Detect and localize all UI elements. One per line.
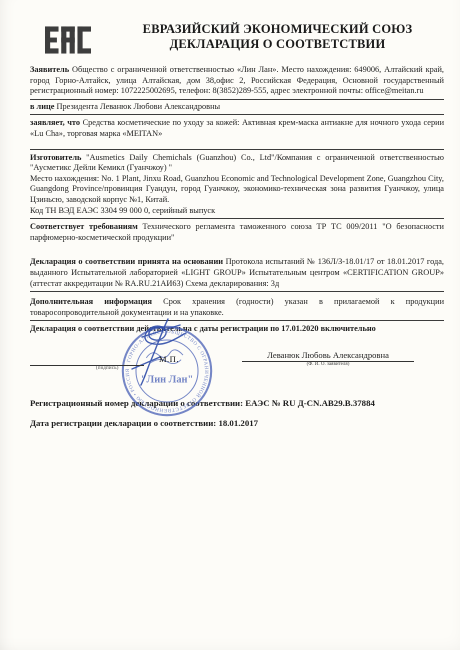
signature-block: ОБЩЕСТВО С ОГРАНИЧЕННОЙ ОТВЕТСТВЕННОСТЬЮ… (30, 341, 444, 389)
signature-line (30, 365, 144, 366)
manufacturer-name: "Ausmetics Daily Chemichals (Guanzhou) C… (30, 153, 444, 173)
applicant-label: Заявитель (30, 65, 72, 74)
declares-label: заявляет, что (30, 118, 83, 127)
additional-info-section: Дополнительная информацияСрок хранения (… (30, 297, 444, 321)
declares-section: заявляет, чтоСредства косметические по у… (30, 115, 444, 149)
compliance-section: Соответствует требованиямТехнического ре… (30, 219, 444, 243)
document-title: ЕВРАЗИЙСКИЙ ЭКОНОМИЧЕСКИЙ СОЮЗ ДЕКЛАРАЦИ… (91, 20, 446, 52)
manufacturer-name-line: Изготовитель"Ausmetics Daily Chemichals … (30, 153, 444, 174)
title-declaration: ДЕКЛАРАЦИЯ О СООТВЕТСТВИИ (109, 37, 446, 52)
registration-number-row: Регистрационный номер декларации о соотв… (30, 398, 444, 409)
representative-label: в лице (30, 102, 57, 111)
registration-number-value: ЕАЭС № RU Д-CN.АВ29.В.37884 (245, 398, 375, 408)
manufacturer-label: Изготовитель (30, 153, 86, 162)
manufacturer-address: Место нахождения: No. 1 Plant, Jinxu Roa… (30, 174, 444, 206)
representative-section: в лицеПрезидента Леванюк Любови Александ… (30, 100, 444, 116)
registration-date-value: 18.01.2017 (218, 418, 258, 428)
signatory-name-block: Леванюк Любовь Александровна (Ф. И. О. з… (242, 350, 414, 367)
signatory-name-caption: (Ф. И. О. заявителя) (242, 362, 414, 367)
applicant-text: Общество с ограниченной ответственностью… (30, 65, 444, 95)
representative-text: Президента Леванюк Любови Александровны (57, 102, 221, 111)
registration-date-row: Дата регистрации декларации о соответств… (30, 418, 444, 429)
stamp-place-mark: М.П. (159, 354, 179, 364)
manufacturer-section: Изготовитель"Ausmetics Daily Chemichals … (30, 150, 444, 220)
declares-text: Средства косметические по уходу за кожей… (30, 118, 444, 138)
additional-info-label: Дополнительная информация (30, 297, 163, 306)
document-body: ЗаявительОбщество с ограниченной ответст… (30, 65, 444, 429)
validity-section: Декларация о соответствии действительна … (30, 321, 444, 335)
basis-label: Декларация о соответствии принята на осн… (30, 257, 226, 266)
document-header: ЕВРАЗИЙСКИЙ ЭКОНОМИЧЕСКИЙ СОЮЗ ДЕКЛАРАЦИ… (45, 20, 446, 59)
declaration-document: ЕВРАЗИЙСКИЙ ЭКОНОМИЧЕСКИЙ СОЮЗ ДЕКЛАРАЦИ… (0, 0, 460, 650)
eac-logo-icon (45, 21, 91, 59)
compliance-label: Соответствует требованиям (30, 222, 143, 231)
registration-date-label: Дата регистрации декларации о соответств… (30, 418, 218, 428)
applicant-section: ЗаявительОбщество с ограниченной ответст… (30, 65, 444, 100)
manufacturer-code-line: Код ТН ВЭД ЕАЭС 3304 99 000 0, серийный … (30, 206, 444, 217)
signature-caption: (подпись) (96, 366, 119, 371)
title-union: ЕВРАЗИЙСКИЙ ЭКОНОМИЧЕСКИЙ СОЮЗ (109, 22, 446, 37)
basis-section: Декларация о соответствии принята на осн… (30, 257, 444, 292)
handwritten-signature (102, 309, 222, 393)
signatory-name: Леванюк Любовь Александровна (242, 350, 414, 360)
